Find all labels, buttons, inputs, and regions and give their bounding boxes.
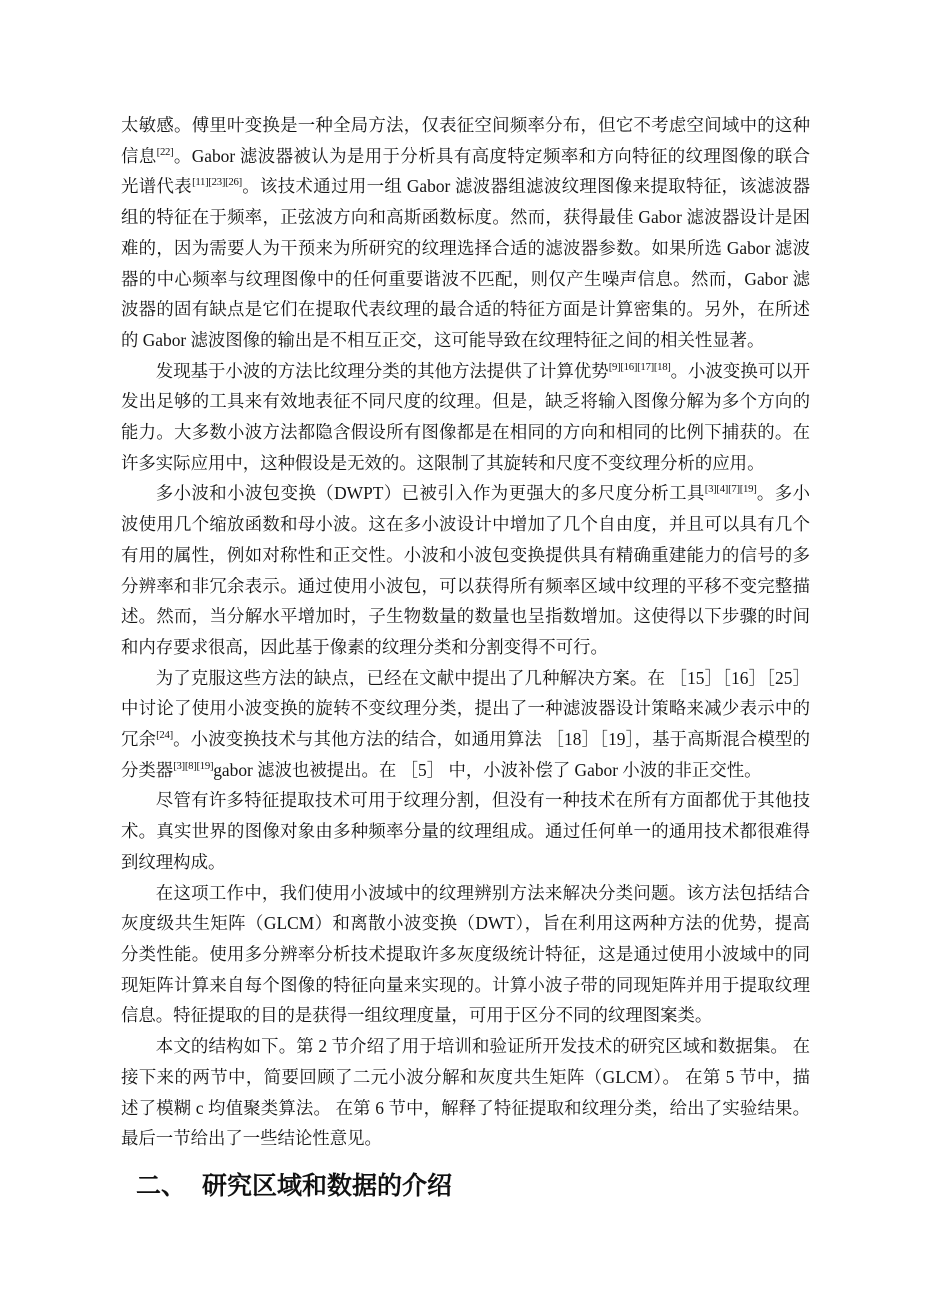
text-run: 。该技术通过用一组 Gabor 滤波器组滤波纹理图像来提取特征，该滤波器组的特征… xyxy=(121,176,810,350)
paragraph: 尽管有许多特征提取技术可用于纹理分割，但没有一种技术在所有方面都优于其他技术。真… xyxy=(121,785,810,877)
document-body: 太敏感。傅里叶变换是一种全局方法，仅表征空间频率分布，但它不考虑空间域中的这种信… xyxy=(121,110,810,1154)
paragraph: 多小波和小波包变换（DWPT）已被引入作为更强大的多尺度分析工具[3][4][7… xyxy=(121,478,810,662)
text-run: 尽管有许多特征提取技术可用于纹理分割，但没有一种技术在所有方面都优于其他技术。真… xyxy=(121,790,810,871)
section-title: 研究区域和数据的介绍 xyxy=(202,1172,452,1200)
text-run: 多小波和小波包变换（DWPT）已被引入作为更强大的多尺度分析工具 xyxy=(156,483,705,503)
paragraph: 发现基于小波的方法比纹理分类的其他方法提供了计算优势[9][16][17][18… xyxy=(121,356,810,479)
reference-superscript: [9][16][17][18] xyxy=(609,361,671,373)
section-heading: 二、研究区域和数据的介绍 xyxy=(121,1169,810,1203)
text-run: gabor 滤波也被提出。在 ［5］ 中，小波补偿了 Gabor 小波的非正交性… xyxy=(213,760,761,780)
paragraph: 太敏感。傅里叶变换是一种全局方法，仅表征空间频率分布，但它不考虑空间域中的这种信… xyxy=(121,110,810,356)
document-page: 太敏感。傅里叶变换是一种全局方法，仅表征空间频率分布，但它不考虑空间域中的这种信… xyxy=(0,0,926,1309)
paragraph: 为了克服这些方法的缺点，已经在文献中提出了几种解决方案。在 ［15］［16］［2… xyxy=(121,663,810,786)
section-number: 二、 xyxy=(136,1172,186,1200)
reference-superscript: [11][23][26] xyxy=(192,177,242,189)
reference-superscript: [3][8][19] xyxy=(173,760,213,772)
text-run: 发现基于小波的方法比纹理分类的其他方法提供了计算优势 xyxy=(156,361,609,381)
reference-superscript: [24] xyxy=(156,729,173,741)
reference-superscript: [3][4][7][19] xyxy=(705,484,757,496)
paragraph: 在这项工作中，我们使用小波域中的纹理辨别方法来解决分类问题。该方法包括结合灰度级… xyxy=(121,878,810,1032)
text-run: 本文的结构如下。第 2 节介绍了用于培训和验证所开发技术的研究区域和数据集。 在… xyxy=(121,1036,810,1148)
text-run: 在这项工作中，我们使用小波域中的纹理辨别方法来解决分类问题。该方法包括结合灰度级… xyxy=(121,883,810,1026)
text-run: 。多小波使用几个缩放函数和母小波。这在多小波设计中增加了几个自由度，并且可以具有… xyxy=(121,483,810,657)
paragraph: 本文的结构如下。第 2 节介绍了用于培训和验证所开发技术的研究区域和数据集。 在… xyxy=(121,1031,810,1154)
reference-superscript: [22] xyxy=(157,146,174,158)
